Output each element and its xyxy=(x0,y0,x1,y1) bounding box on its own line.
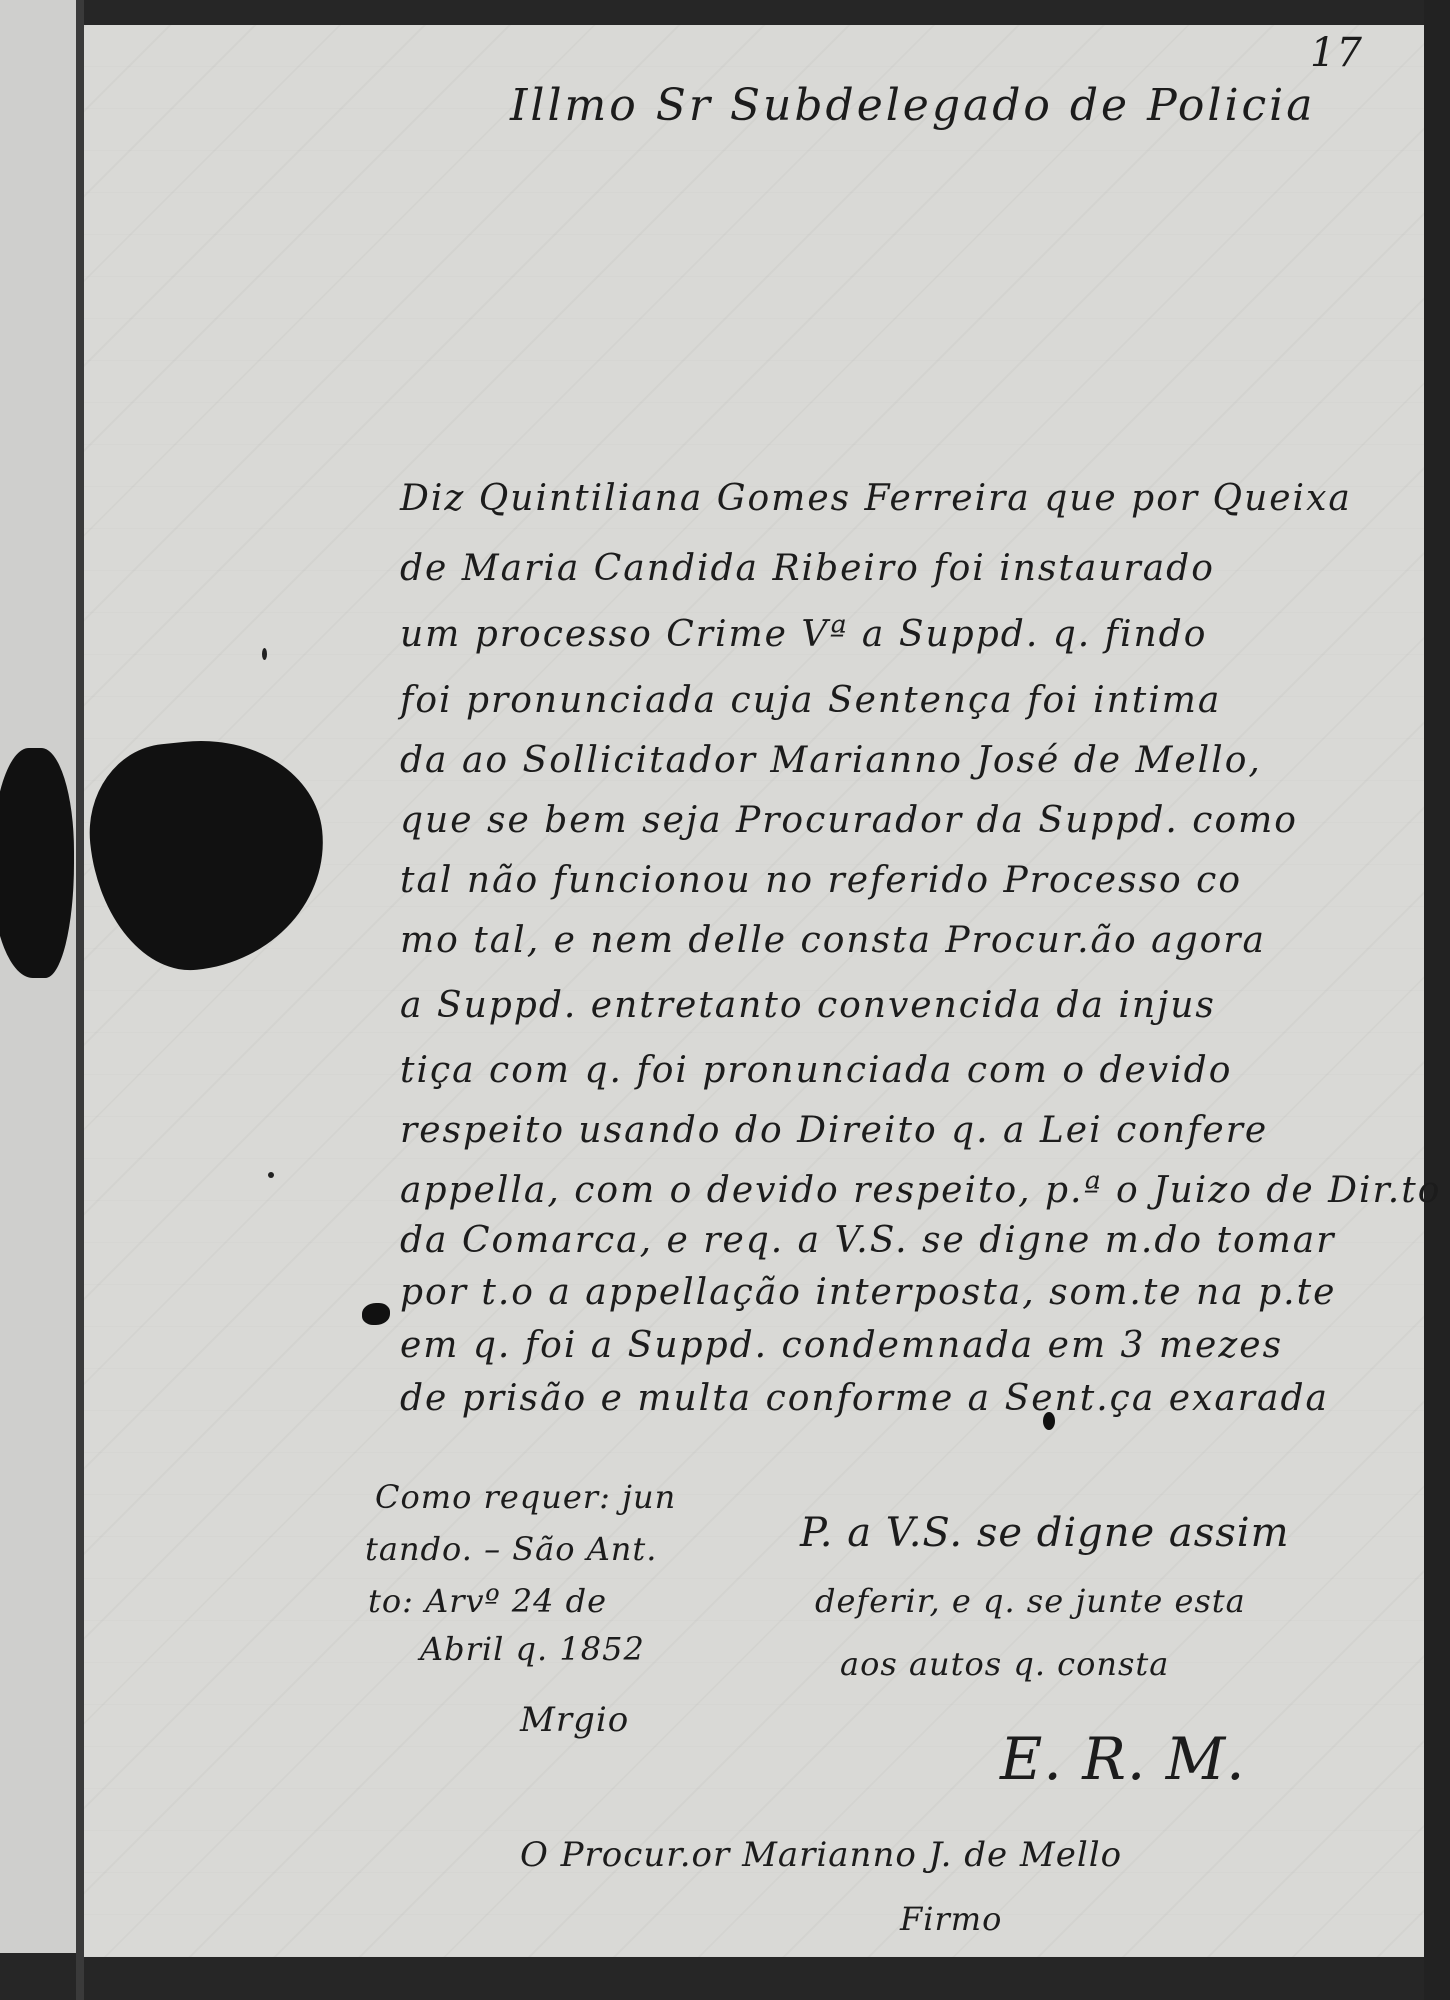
body-line: a Suppd. entretanto convencida da injus xyxy=(400,985,1216,1026)
body-line: que se bem seja Procurador da Suppd. com… xyxy=(400,800,1298,841)
page-number: 17 xyxy=(1310,30,1363,76)
salutation-heading: Illmo Sr Subdelegado de Policia xyxy=(510,80,1316,131)
request-line: P. a V.S. se digne assim xyxy=(800,1510,1290,1556)
ink-blot-left xyxy=(0,748,74,978)
attorney-signature: O Procur.or Marianno J. de Mello xyxy=(520,1835,1122,1875)
body-line: da ao Sollicitador Marianno José de Mell… xyxy=(400,740,1262,781)
binding-gutter xyxy=(76,0,84,2000)
scan-border xyxy=(1424,0,1450,2000)
body-line: respeito usando do Direito q. a Lei conf… xyxy=(400,1110,1268,1151)
attorney-note: Firmo xyxy=(900,1900,1002,1938)
request-line: aos autos q. consta xyxy=(840,1645,1169,1683)
body-line: tiça com q. foi pronunciada com o devido xyxy=(400,1050,1232,1091)
body-line: Diz Quintiliana Gomes Ferreira que por Q… xyxy=(400,478,1352,519)
dispatch-line: tando. – São Ant. xyxy=(365,1530,657,1568)
body-line: foi pronunciada cuja Sentença foi intima xyxy=(400,680,1221,721)
request-line: deferir, e q. se junte esta xyxy=(815,1582,1246,1620)
ink-speck xyxy=(268,1172,274,1178)
judge-signature: Mrgio xyxy=(520,1700,629,1740)
body-line: um processo Crime Vª a Suppd. q. findo xyxy=(400,614,1207,655)
body-line: por t.o a appellação interposta, som.te … xyxy=(400,1272,1336,1313)
dispatch-line: to: Arvº 24 de xyxy=(368,1582,607,1620)
body-line: da Comarca, e req. a V.S. se digne m.do … xyxy=(400,1220,1335,1261)
ink-blot-small xyxy=(362,1303,390,1325)
body-line: de Maria Candida Ribeiro foi instaurado xyxy=(400,548,1215,589)
body-line: tal não funcionou no referido Processo c… xyxy=(400,860,1242,901)
dispatch-line: Como requer: jun xyxy=(375,1478,676,1516)
body-line: appella, com o devido respeito, p.ª o Ju… xyxy=(400,1170,1441,1211)
body-line: de prisão e multa conforme a Sent.ça exa… xyxy=(400,1378,1329,1419)
dispatch-date: Abril q. 1852 xyxy=(420,1630,645,1668)
body-line: mo tal, e nem delle consta Procur.ão ago… xyxy=(400,920,1266,961)
erm-formula: E. R. M. xyxy=(1000,1725,1246,1793)
body-line: em q. foi a Suppd. condemnada em 3 mezes xyxy=(400,1325,1283,1366)
ink-speck xyxy=(262,648,267,660)
